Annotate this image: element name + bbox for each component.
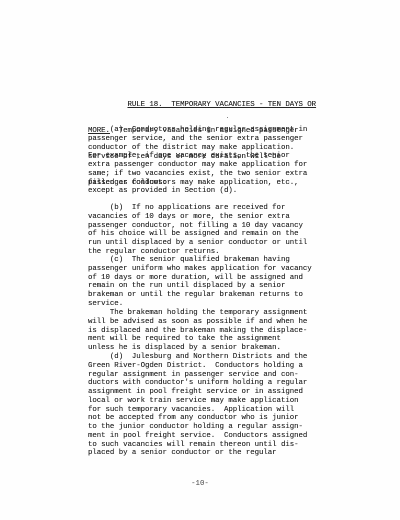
paragraph-line: assignment in pool freight service or in… bbox=[88, 388, 338, 397]
page-number: -10- bbox=[0, 480, 400, 488]
paragraph-d: (d) Julesburg and Northern Districts and… bbox=[88, 353, 338, 458]
paragraph-line: of 10 days or more duration, will be ass… bbox=[88, 274, 338, 283]
paragraph-line: ductors with conductor's uniform holding… bbox=[88, 379, 338, 388]
paragraph-line: For example, if one vacancy exists, the … bbox=[88, 152, 338, 161]
paragraph-line: conductor of the district may make appli… bbox=[88, 144, 338, 153]
paragraph-line: extra passenger conductor may make appli… bbox=[88, 161, 338, 170]
paragraph-line: The brakeman holding the temporary assig… bbox=[88, 309, 338, 318]
paragraph-line: passenger conductors may make applicatio… bbox=[88, 179, 338, 188]
paragraph-brakeman-note: The brakeman holding the temporary assig… bbox=[88, 309, 338, 353]
paragraph-line: brakeman or until the regular brakeman r… bbox=[88, 291, 338, 300]
paragraph-line: for such temporary vacancies. Applicatio… bbox=[88, 406, 338, 415]
paragraph-line: (b) If no applications are received for bbox=[88, 204, 338, 213]
rule-title-line-1: RULE 18. TEMPORARY VACANCIES - TEN DAYS … bbox=[88, 101, 338, 110]
paragraph-line: service. bbox=[88, 300, 338, 309]
paragraph-line: same; if two vacancies exist, the two se… bbox=[88, 170, 338, 179]
paragraph-line: is displaced and the brakeman making the… bbox=[88, 327, 338, 336]
paragraph-b: (b) If no applications are received forv… bbox=[88, 204, 338, 257]
paragraph-line: except as provided in Section (d). bbox=[88, 187, 338, 196]
indent bbox=[88, 101, 127, 109]
paragraph-line: unless he is displaced by a senior brake… bbox=[88, 344, 338, 353]
rule-title: RULE 18. TEMPORARY VACANCIES - TEN DAYS … bbox=[127, 101, 316, 109]
scan-speck bbox=[227, 117, 228, 118]
paragraph-line: run until displaced by a senior conducto… bbox=[88, 239, 338, 248]
paragraph-c: (c) The senior qualified brakeman having… bbox=[88, 256, 338, 309]
paragraph-line: passenger uniform who makes application … bbox=[88, 265, 338, 274]
paragraph-line: ment will be required to take the assign… bbox=[88, 335, 338, 344]
paragraph-line: passenger conductor, not filling a 10 da… bbox=[88, 222, 338, 231]
paragraph-line: not be accepted from any conductor who i… bbox=[88, 414, 338, 423]
paragraph-line: Green River-Ogden District. Conductors h… bbox=[88, 362, 338, 371]
paragraph-line: (d) Julesburg and Northern Districts and… bbox=[88, 353, 338, 362]
paragraph-line: (a) Conductors holding regular assignmen… bbox=[88, 126, 338, 135]
paragraph-line: ment in pool freight service. Conductors… bbox=[88, 432, 338, 441]
paragraph-line: vacancies of 10 days or more, the senior… bbox=[88, 213, 338, 222]
paragraph-line: to such vacancies will remain thereon un… bbox=[88, 441, 338, 450]
document-page: RULE 18. TEMPORARY VACANCIES - TEN DAYS … bbox=[0, 0, 400, 520]
paragraph-line: placed by a senior conductor or the regu… bbox=[88, 449, 338, 458]
paragraph-line: (c) The senior qualified brakeman having bbox=[88, 256, 338, 265]
paragraph-line: remain on the run until displaced by a s… bbox=[88, 282, 338, 291]
paragraph-line: to the junior conductor holding a regula… bbox=[88, 423, 338, 432]
paragraph-line: local or work train service may make app… bbox=[88, 397, 338, 406]
paragraph-line: passenger service, and the senior extra … bbox=[88, 135, 338, 144]
paragraph-line: will be advised as soon as possible if a… bbox=[88, 318, 338, 327]
paragraph-line: of his choice will be assigned and remai… bbox=[88, 230, 338, 239]
paragraph-line: regular assignment in passenger service … bbox=[88, 371, 338, 380]
paragraph-a: (a) Conductors holding regular assignmen… bbox=[88, 126, 338, 196]
